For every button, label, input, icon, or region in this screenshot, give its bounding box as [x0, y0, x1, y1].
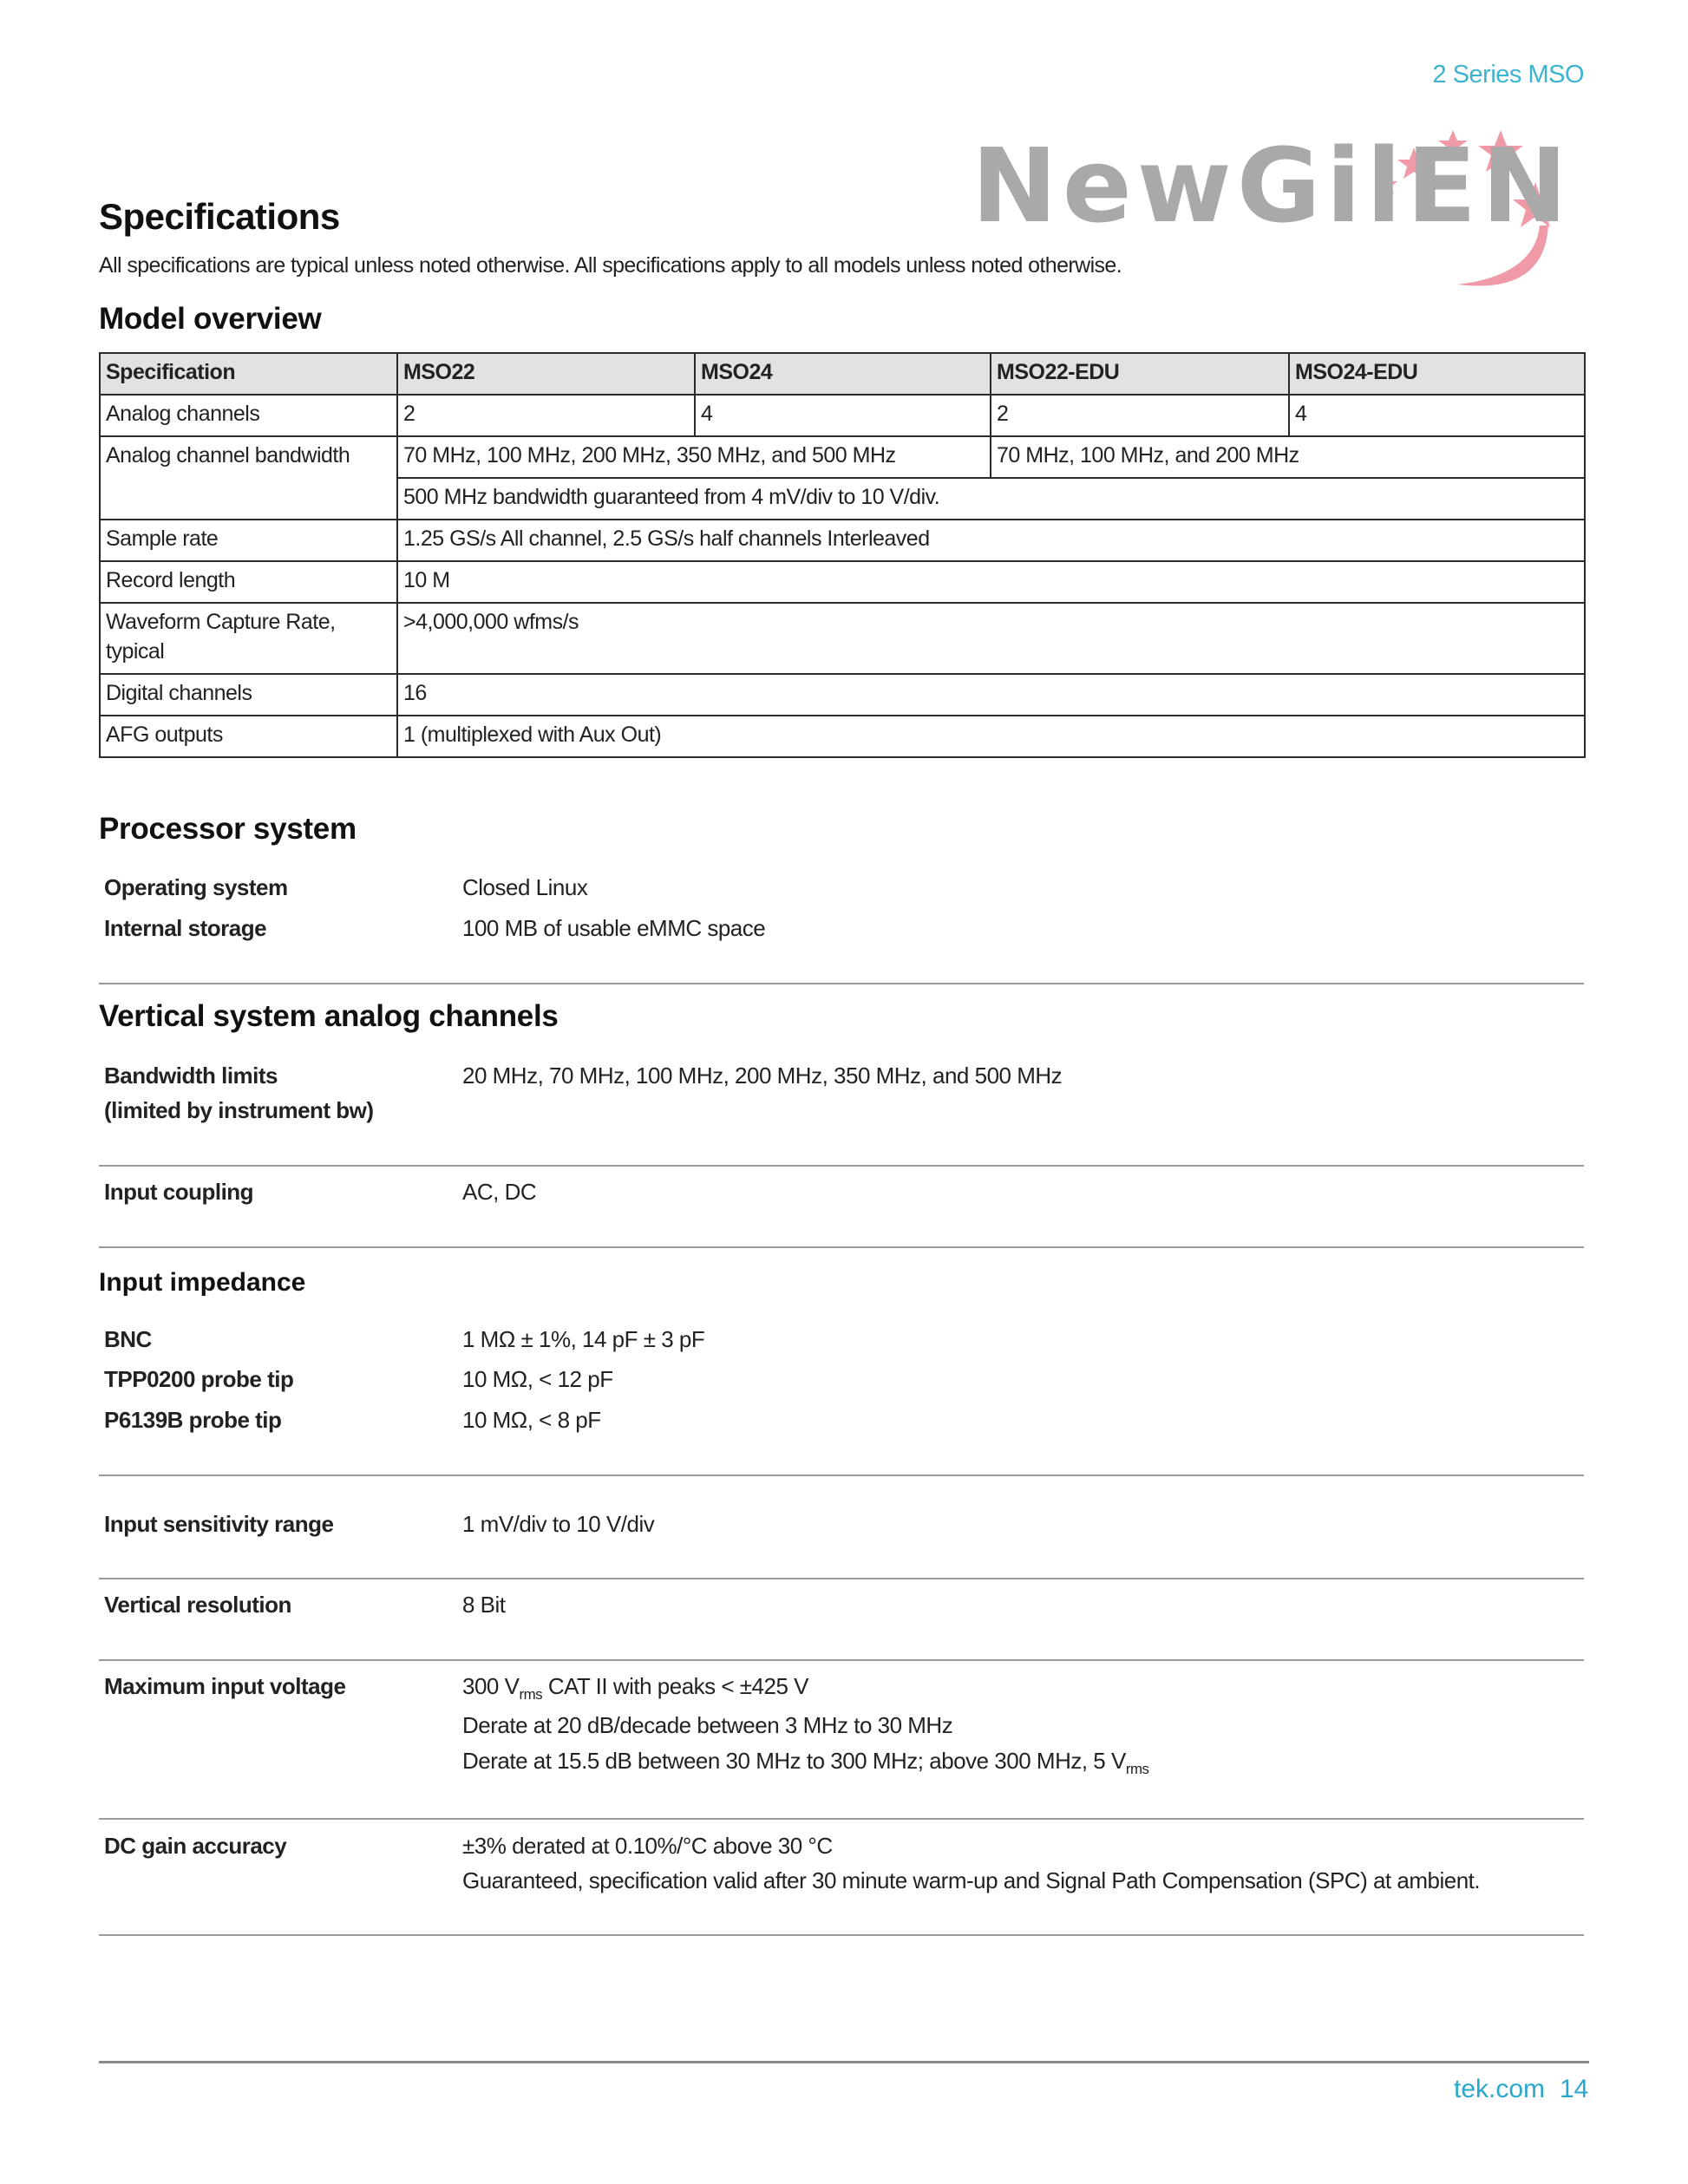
- table-row: AFG outputs 1 (multiplexed with Aux Out): [100, 716, 1585, 757]
- spec-value: 1 mV/div to 10 V/div: [462, 1511, 654, 1538]
- table-cell: 16: [397, 674, 1585, 716]
- spec-value: Closed Linux: [462, 874, 587, 901]
- spec-value-line: ±3% derated at 0.10%/°C above 30 °C: [462, 1833, 833, 1860]
- divider: [99, 1934, 1584, 1936]
- table-cell: 2: [397, 395, 695, 436]
- table-cell: 70 MHz, 100 MHz, and 200 MHz: [991, 436, 1585, 478]
- table-row: Digital channels 16: [100, 674, 1585, 716]
- column-header: MSO22-EDU: [991, 353, 1289, 395]
- table-row: Sample rate 1.25 GS/s All channel, 2.5 G…: [100, 520, 1585, 561]
- spec-value: 1 MΩ ± 1%, 14 pF ± 3 pF: [462, 1326, 704, 1353]
- divider: [99, 983, 1584, 984]
- column-header: MSO24-EDU: [1289, 353, 1585, 395]
- section-heading-model-overview: Model overview: [99, 302, 321, 337]
- series-label: 2 Series MSO: [1388, 61, 1584, 89]
- divider: [99, 1475, 1584, 1476]
- table-cell: >4,000,000 wfms/s: [397, 603, 1585, 674]
- row-label: Analog channel bandwidth: [100, 436, 397, 520]
- column-header: MSO24: [695, 353, 991, 395]
- spec-value: 10 MΩ, < 8 pF: [462, 1407, 601, 1434]
- spec-label: Vertical resolution: [104, 1592, 291, 1618]
- row-label: AFG outputs: [100, 716, 397, 757]
- spec-label: P6139B probe tip: [104, 1407, 281, 1434]
- spec-value-line: Derate at 15.5 dB between 30 MHz to 300 …: [462, 1748, 1148, 1778]
- spec-label: Input sensitivity range: [104, 1511, 333, 1538]
- table-cell: 10 M: [397, 561, 1585, 603]
- table-row: Waveform Capture Rate, typical >4,000,00…: [100, 603, 1585, 674]
- table-cell: 500 MHz bandwidth guaranteed from 4 mV/d…: [397, 478, 1585, 520]
- row-label: Digital channels: [100, 674, 397, 716]
- table-cell: 4: [1289, 395, 1585, 436]
- subsection-heading-input-impedance: Input impedance: [99, 1268, 305, 1298]
- spec-label: DC gain accuracy: [104, 1833, 286, 1860]
- page-number: 14: [1560, 2075, 1588, 2104]
- spec-value: AC, DC: [462, 1179, 536, 1206]
- row-label: Waveform Capture Rate, typical: [100, 603, 397, 674]
- spec-value: 10 MΩ, < 12 pF: [462, 1366, 613, 1393]
- table-row: Analog channel bandwidth 70 MHz, 100 MHz…: [100, 436, 1585, 478]
- spec-label: Internal storage: [104, 915, 266, 942]
- row-label: Record length: [100, 561, 397, 603]
- divider: [99, 1659, 1584, 1661]
- table-row: Record length 10 M: [100, 561, 1585, 603]
- spec-value: 20 MHz, 70 MHz, 100 MHz, 200 MHz, 350 MH…: [462, 1063, 1062, 1089]
- table-cell: 1 (multiplexed with Aux Out): [397, 716, 1585, 757]
- spec-label: Bandwidth limits: [104, 1063, 278, 1089]
- table-row: Analog channels 2 4 2 4: [100, 395, 1585, 436]
- column-header: MSO22: [397, 353, 695, 395]
- footer-site-link[interactable]: tek.com: [1454, 2075, 1545, 2104]
- page-subtitle: All specifications are typical unless no…: [99, 253, 1122, 278]
- spec-value-line: 300 Vrms CAT II with peaks < ±425 V: [462, 1673, 808, 1703]
- spec-value-line: Guaranteed, specification valid after 30…: [462, 1867, 1480, 1894]
- table-cell: 70 MHz, 100 MHz, 200 MHz, 350 MHz, and 5…: [397, 436, 991, 478]
- divider: [99, 1246, 1584, 1248]
- table-cell: 1.25 GS/s All channel, 2.5 GS/s half cha…: [397, 520, 1585, 561]
- watermark-text: NewGilEN: [972, 134, 1573, 237]
- table-cell: 4: [695, 395, 991, 436]
- spec-label-note: (limited by instrument bw): [104, 1097, 374, 1124]
- divider: [99, 1578, 1584, 1579]
- table-cell: 2: [991, 395, 1289, 436]
- divider: [99, 1165, 1584, 1167]
- spec-value: 100 MB of usable eMMC space: [462, 915, 765, 942]
- spec-label: Maximum input voltage: [104, 1673, 345, 1700]
- spec-label: BNC: [104, 1326, 152, 1353]
- row-label: Sample rate: [100, 520, 397, 561]
- table-header-row: Specification MSO22 MSO24 MSO22-EDU MSO2…: [100, 353, 1585, 395]
- page-title: Specifications: [99, 196, 340, 238]
- divider: [99, 1818, 1584, 1820]
- spec-label: Operating system: [104, 874, 288, 901]
- spec-label: Input coupling: [104, 1179, 253, 1206]
- section-heading-vertical-system: Vertical system analog channels: [99, 999, 559, 1034]
- row-label: Analog channels: [100, 395, 397, 436]
- column-header: Specification: [100, 353, 397, 395]
- spec-label: TPP0200 probe tip: [104, 1366, 293, 1393]
- spec-value: 8 Bit: [462, 1592, 506, 1618]
- footer-divider: [99, 2061, 1589, 2063]
- model-overview-table: Specification MSO22 MSO24 MSO22-EDU MSO2…: [99, 352, 1586, 758]
- spec-value-line: Derate at 20 dB/decade between 3 MHz to …: [462, 1712, 952, 1739]
- section-heading-processor-system: Processor system: [99, 812, 357, 847]
